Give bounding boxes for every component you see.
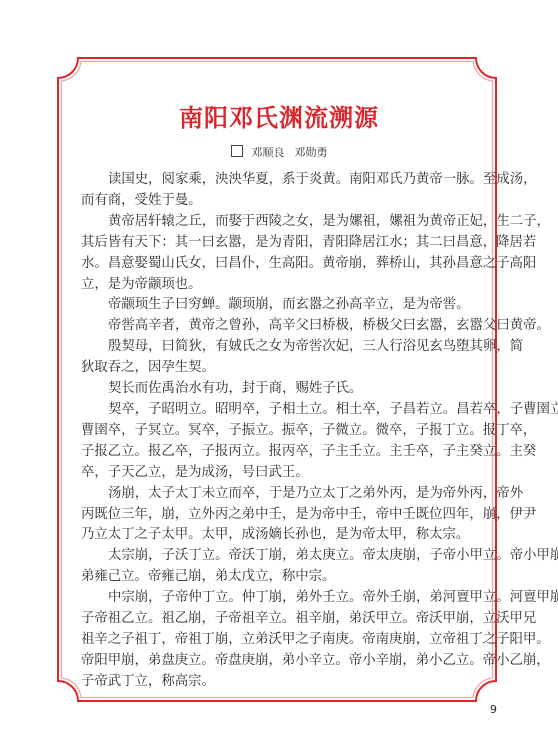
text-line: 契卒，子昭明立。昭明卒，子相土立。相土卒，子昌若立。昌若卒，子曹圉立。 (81, 400, 477, 421)
text-line: 曹圉卒，子冥立。冥卒，子振立。振卒，子微立。微卒，子报丁立。报丁卒， (81, 421, 477, 442)
paragraph: 帝颛顼生子曰穷蝉。颛顼崩，而玄嚣之孙高辛立，是为帝喾。 (81, 295, 477, 316)
paragraph: 汤崩，太子太丁未立而卒，于是乃立太丁之弟外丙，是为帝外丙，帝外 丙既位三年，崩，… (81, 484, 477, 547)
text-line: 中宗崩，子帝仲丁立。仲丁崩，弟外壬立。帝外壬崩，弟河亶甲立。河亶甲崩， (81, 588, 477, 609)
text-line: 乃立太丁之子太甲。太甲，成汤嫡长孙也，是为帝太甲，称太宗。 (81, 525, 477, 546)
text-line: 黄帝居轩辕之丘，而娶于西陵之女，是为嫘祖，嫘祖为黄帝正妃，生二子， (81, 212, 477, 233)
text-line: 立，是为帝颛顼也。 (81, 275, 477, 296)
text-line: 狄取吞之，因孕生契。 (81, 358, 477, 379)
text-line: 水。昌意娶蜀山氏女，曰昌仆，生高阳。黄帝崩，葬桥山，其孙昌意之子高阳 (81, 254, 477, 275)
square-bullet-icon (231, 145, 243, 157)
text-line: 卒，子天乙立，是为成汤，号曰武王。 (81, 463, 477, 484)
article-title: 南阳邓氏渊流溯源 (0, 98, 558, 133)
text-line: 子报乙立。报乙卒，子报丙立。报丙卒，子主壬立。主壬卒，子主癸立。主癸 (81, 442, 477, 463)
article-body: 读国史，阅家乘，泱泱华夏，系于炎黄。南阳邓氏乃黄帝一脉。至成汤， 而有商，受姓于… (81, 170, 477, 693)
paragraph: 契长而佐禹治水有功，封于商，赐姓子氏。 (81, 379, 477, 400)
text-line: 帝颛顼生子曰穷蝉。颛顼崩，而玄嚣之孙高辛立，是为帝喾。 (81, 295, 477, 316)
text-line: 读国史，阅家乘，泱泱华夏，系于炎黄。南阳邓氏乃黄帝一脉。至成汤， (81, 170, 477, 191)
text-line: 太宗崩，子沃丁立。帝沃丁崩，弟太庚立。帝太庚崩，子帝小甲立。帝小甲崩， (81, 546, 477, 567)
text-line: 汤崩，太子太丁未立而卒，于是乃立太丁之弟外丙，是为帝外丙，帝外 (81, 484, 477, 505)
paragraph: 帝喾高辛者，黄帝之曾孙，高辛父曰桥极，桥极父曰玄嚣，玄嚣父曰黄帝。 (81, 316, 477, 337)
text-line: 弟雍己立。帝雍己崩，弟太戊立，称中宗。 (81, 567, 477, 588)
author-name: 邓顺良 (252, 146, 285, 159)
text-line: 帝喾高辛者，黄帝之曾孙，高辛父曰桥极，桥极父曰玄嚣，玄嚣父曰黄帝。 (81, 316, 477, 337)
author-name: 邓勋勇 (295, 146, 328, 159)
text-line: 子帝武丁立，称高宗。 (81, 672, 477, 693)
paragraph: 太宗崩，子沃丁立。帝沃丁崩，弟太庚立。帝太庚崩，子帝小甲立。帝小甲崩， 弟雍己立… (81, 546, 477, 588)
text-line: 子帝祖乙立。祖乙崩，子帝祖辛立。祖辛崩，弟沃甲立。帝沃甲崩，立沃甲兄 (81, 609, 477, 630)
paragraph: 中宗崩，子帝仲丁立。仲丁崩，弟外壬立。帝外壬崩，弟河亶甲立。河亶甲崩， 子帝祖乙… (81, 588, 477, 693)
text-line: 殷契母，曰简狄，有娀氏之女为帝喾次妃，三人行浴见玄鸟堕其卵，简 (81, 337, 477, 358)
byline: 邓顺良邓勋勇 (0, 144, 558, 160)
paragraph: 契卒，子昭明立。昭明卒，子相土立。相土卒，子昌若立。昌若卒，子曹圉立。 曹圉卒，… (81, 400, 477, 484)
page-number: 9 (490, 703, 497, 716)
text-line: 帝阳甲崩，弟盘庚立。帝盘庚崩，弟小辛立。帝小辛崩，弟小乙立。帝小乙崩， (81, 651, 477, 672)
text-line: 而有商，受姓于曼。 (81, 191, 477, 212)
text-line: 其后皆有天下：其一曰玄嚣，是为青阳，青阳降居江水；其二曰昌意，降居若 (81, 233, 477, 254)
paragraph: 读国史，阅家乘，泱泱华夏，系于炎黄。南阳邓氏乃黄帝一脉。至成汤， 而有商，受姓于… (81, 170, 477, 212)
text-line: 契长而佐禹治水有功，封于商，赐姓子氏。 (81, 379, 477, 400)
paragraph: 殷契母，曰简狄，有娀氏之女为帝喾次妃，三人行浴见玄鸟堕其卵，简 狄取吞之，因孕生… (81, 337, 477, 379)
paragraph: 黄帝居轩辕之丘，而娶于西陵之女，是为嫘祖，嫘祖为黄帝正妃，生二子， 其后皆有天下… (81, 212, 477, 296)
text-line: 祖辛之子祖丁，帝祖丁崩，立弟沃甲之子南庚。帝南庚崩，立帝祖丁之子阳甲。 (81, 630, 477, 651)
text-line: 丙既位三年，崩，立外丙之弟中壬，是为帝中壬，帝中壬既位四年，崩，伊尹 (81, 505, 477, 526)
